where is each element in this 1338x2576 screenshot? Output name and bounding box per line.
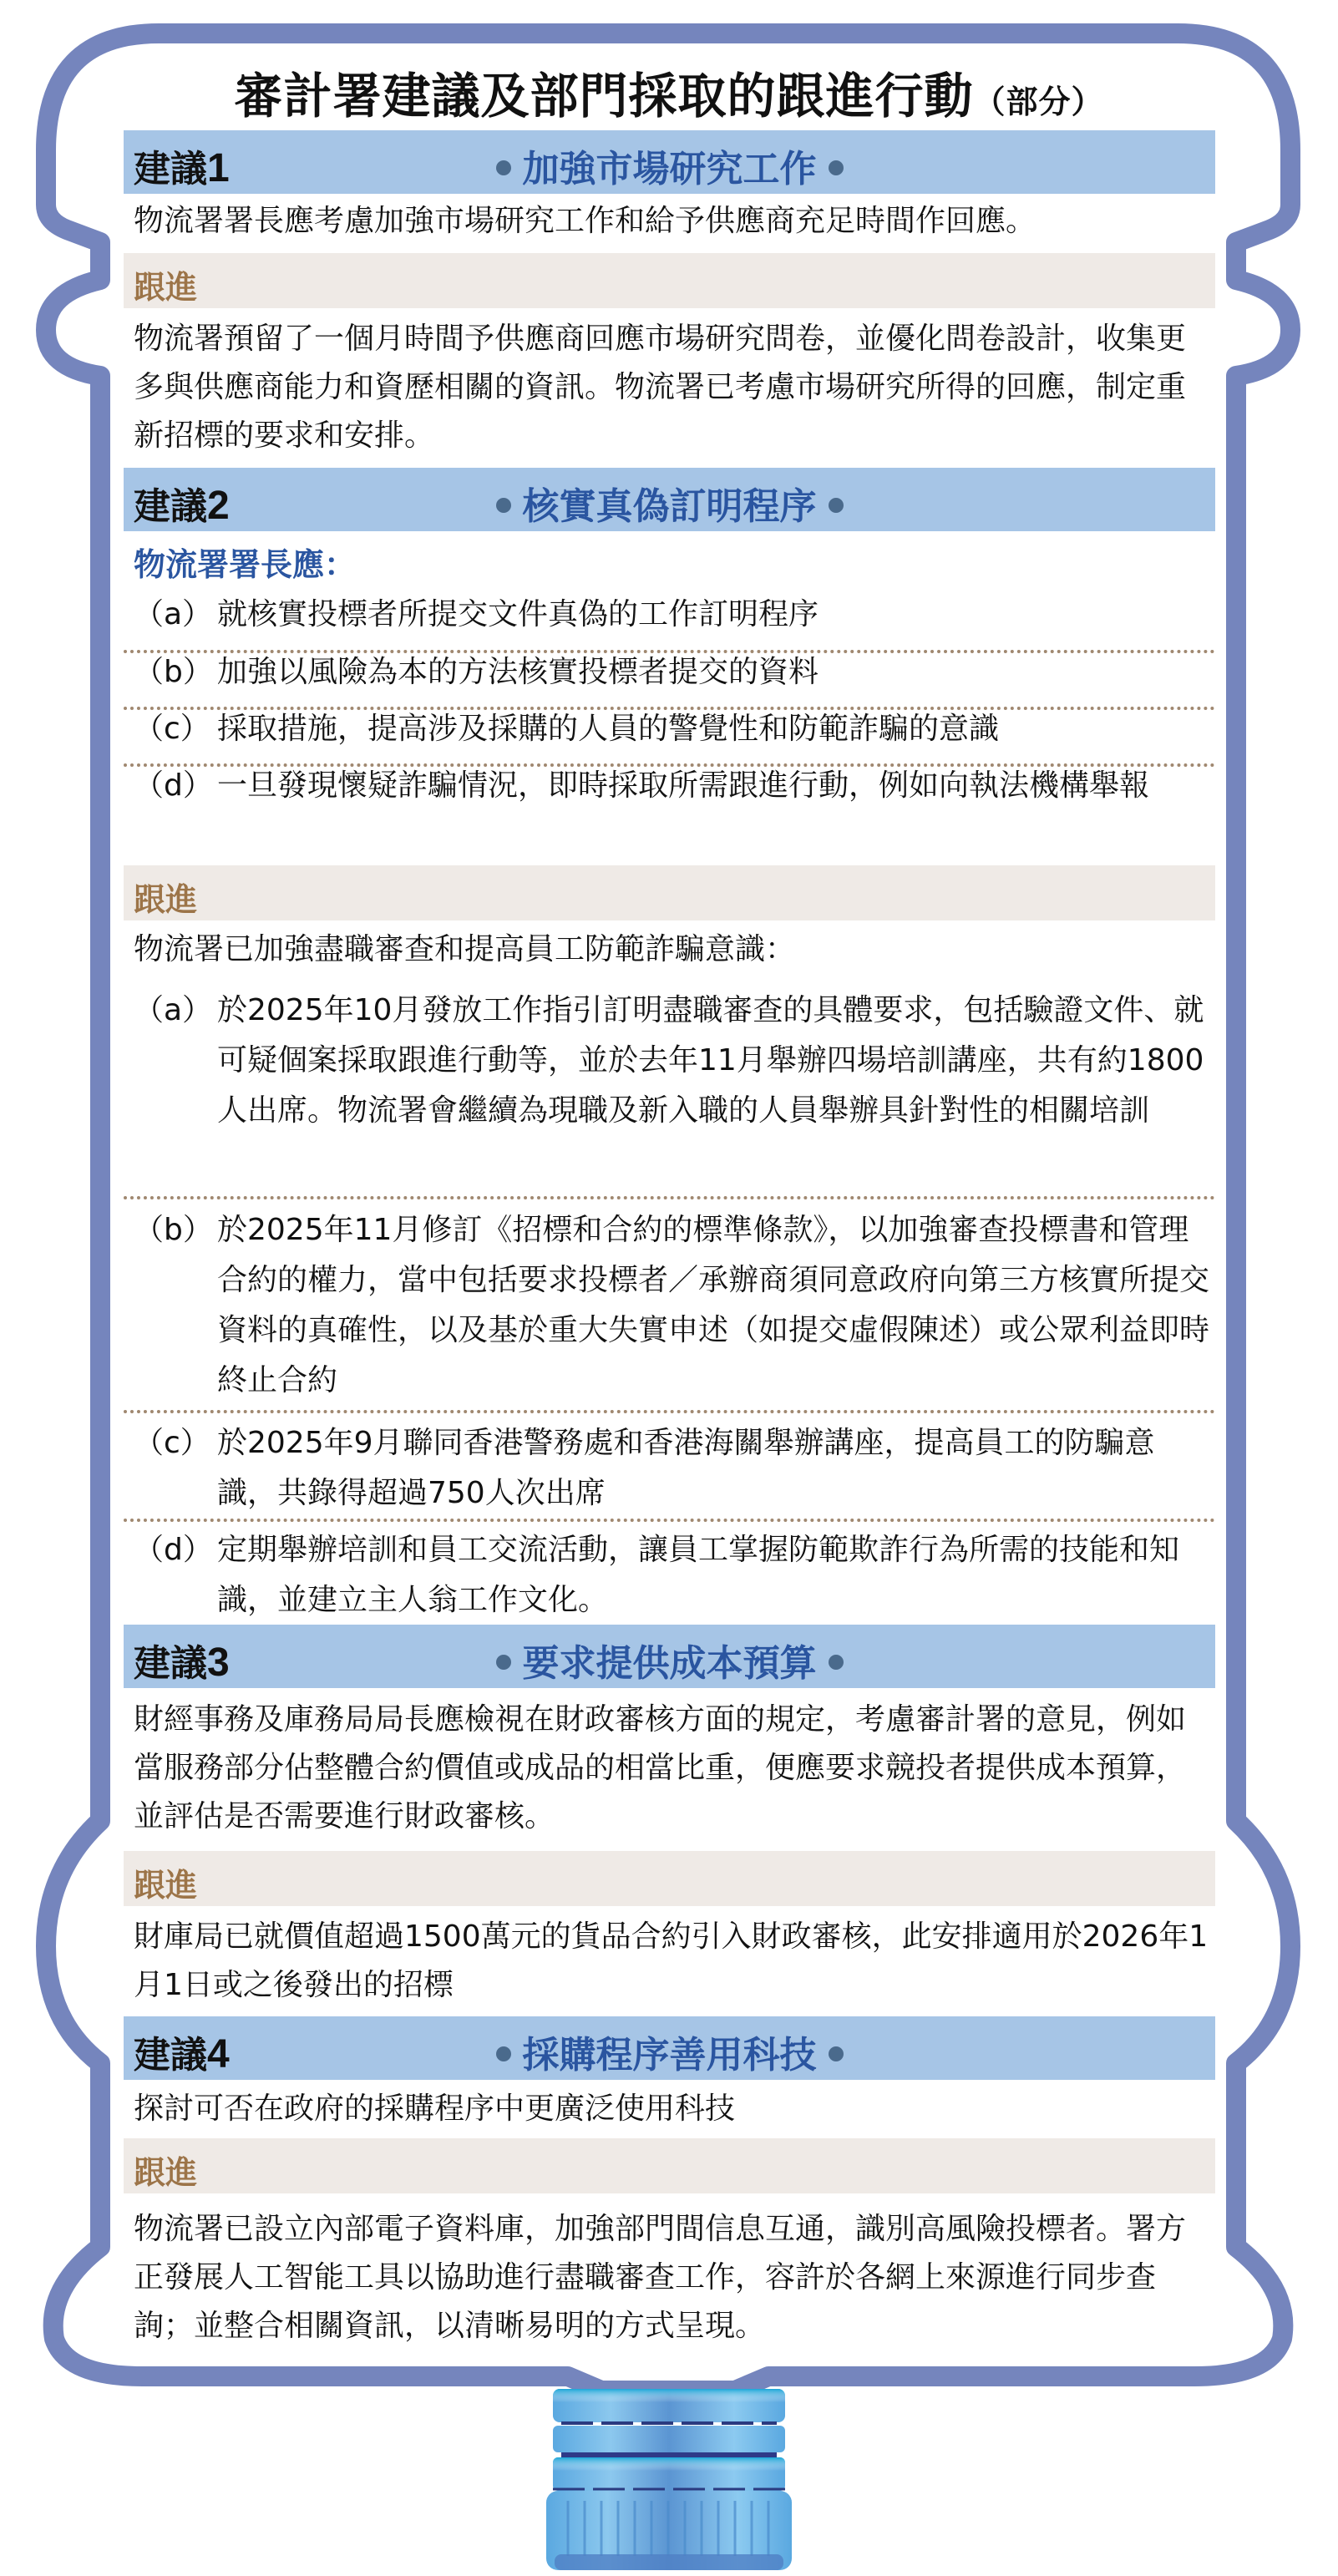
recommendation-3-header: 建議3 要求提供成本預算 bbox=[124, 1625, 1215, 1688]
dotted-divider bbox=[124, 1410, 1215, 1413]
follow-up-1-header: 跟進 bbox=[124, 253, 1215, 308]
bullet-dot-icon bbox=[829, 1655, 844, 1670]
list-item: （c）採取措施，提高涉及採購的人員的警覺性和防範詐騙的意識 bbox=[134, 704, 1211, 754]
recommendation-2-lead: 物流署署長應： bbox=[134, 539, 356, 585]
recommendation-2-header: 建議2 核實真偽訂明程序 bbox=[124, 468, 1215, 531]
bullet-dot-icon bbox=[829, 2046, 844, 2061]
rec-topic: 加強市場研究工作 bbox=[124, 139, 1215, 192]
list-item: （b）加強以風險為本的方法核實投標者提交的資料 bbox=[134, 647, 1211, 697]
list-item: （a）於2025年10月發放工作指引訂明盡職審查的具體要求，包括驗證文件、就可疑… bbox=[134, 986, 1211, 1136]
list-item: （d）定期舉辦培訓和員工交流活動，讓員工掌握防範欺詐行為所需的技能和知識，並建立… bbox=[134, 1525, 1211, 1625]
recommendation-4-header: 建議4 採購程序善用科技 bbox=[124, 2016, 1215, 2080]
bullet-dot-icon bbox=[496, 1655, 511, 1670]
recommendation-1-header: 建議1 加強市場研究工作 bbox=[124, 130, 1215, 194]
follow-up-1-text: 物流署預留了一個月時間予供應商回應市場研究問卷，並優化問卷設計，收集更多與供應商… bbox=[134, 315, 1211, 460]
page-title: 審計署建議及部門採取的跟進行動（部分） bbox=[0, 57, 1338, 127]
follow-up-label: 跟進 bbox=[134, 261, 197, 307]
title-main: 審計署建議及部門採取的跟進行動 bbox=[234, 68, 973, 124]
bullet-dot-icon bbox=[829, 498, 844, 513]
follow-up-3-header: 跟進 bbox=[124, 1851, 1215, 1906]
dotted-divider bbox=[124, 1519, 1215, 1522]
list-item: （b）於2025年11月修訂《招標和合約的標準條款》，以加強審查投標書和管理合約… bbox=[134, 1205, 1211, 1406]
list-item: （c）於2025年9月聯同香港警務處和香港海關舉辦講座，提高員工的防騙意識，共錄… bbox=[134, 1418, 1211, 1519]
title-sub: （部分） bbox=[974, 84, 1104, 120]
rec-topic: 核實真偽訂明程序 bbox=[124, 476, 1215, 530]
follow-up-4-text: 物流署已設立內部電子資料庫，加強部門間信息互通，識別高風險投標者。署方正發展人工… bbox=[134, 2205, 1211, 2350]
follow-up-label: 跟進 bbox=[134, 874, 197, 920]
follow-up-3-text: 財庫局已就價值超過1500萬元的貨品合約引入財政審核，此安排適用於2026年1月… bbox=[134, 1913, 1211, 2010]
list-item: （d）一旦發現懷疑詐騙情況，即時採取所需跟進行動，例如向執法機構舉報 bbox=[134, 761, 1211, 811]
bullet-dot-icon bbox=[496, 498, 511, 513]
follow-up-label: 跟進 bbox=[134, 1859, 197, 1905]
recommendation-1-text: 物流署署長應考慮加強市場研究工作和給予供應商充足時間作回應。 bbox=[134, 197, 1211, 246]
list-item: （a）就核實投標者所提交文件真偽的工作訂明程序 bbox=[134, 590, 1211, 640]
bottle-cap-icon bbox=[546, 2389, 792, 2570]
follow-up-4-header: 跟進 bbox=[124, 2138, 1215, 2193]
bullet-dot-icon bbox=[829, 160, 844, 175]
bullet-dot-icon bbox=[496, 2046, 511, 2061]
dotted-divider bbox=[124, 1196, 1215, 1199]
recommendation-4-text: 探討可否在政府的採購程序中更廣泛使用科技 bbox=[134, 2085, 1211, 2133]
rec-topic: 要求提供成本預算 bbox=[124, 1633, 1215, 1686]
rec-topic: 採購程序善用科技 bbox=[124, 2025, 1215, 2078]
follow-up-2-lead: 物流署已加強盡職審查和提高員工防範詐騙意識： bbox=[134, 925, 1211, 974]
recommendation-3-text: 財經事務及庫務局局長應檢視在財政審核方面的規定，考慮審計署的意見，例如當服務部分… bbox=[134, 1696, 1211, 1841]
follow-up-label: 跟進 bbox=[134, 2147, 197, 2193]
bullet-dot-icon bbox=[496, 160, 511, 175]
follow-up-2-header: 跟進 bbox=[124, 865, 1215, 920]
